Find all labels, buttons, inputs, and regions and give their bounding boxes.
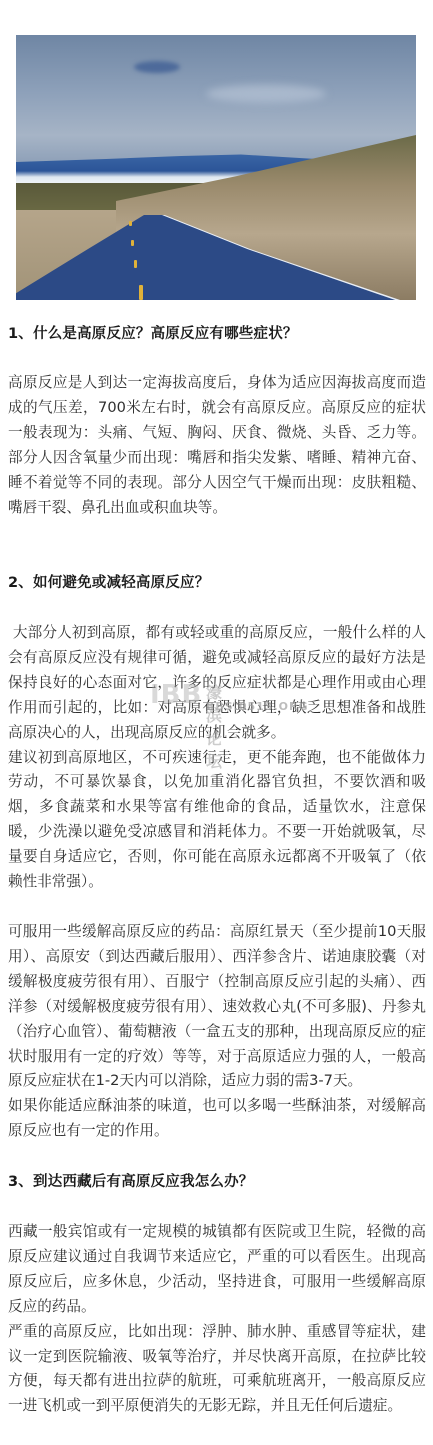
center-dash [131, 240, 134, 246]
cloud-shape [206, 85, 326, 103]
paragraph: 建议初到高原地区，不可疾速行走，更不能奔跑，也不能做体力劳动，不可暴饮暴食，以免… [8, 746, 426, 895]
section-2: 2、如何避免或减轻高原反应？ [8, 571, 426, 595]
section-2-body: 大部分人初到高原，都有或轻或重的高原反应，一般什么样的人会有高原反应没有规律可循… [8, 621, 426, 1144]
paragraph: 如果你能适应酥油茶的味道，也可以多喝一些酥油茶，对缓解高原反应也有一定的作用。 [8, 1094, 426, 1144]
section-heading: 1、什么是高原反应？高原反应有哪些症状？ [8, 322, 426, 346]
center-dash [129, 221, 132, 226]
section-3: 3、到达西藏后有高原反应我怎么办？ [8, 1170, 426, 1194]
hero-road-image [16, 35, 416, 300]
paragraph: 西藏一般宾馆或有一定规模的城镇都有医院或卫生院，轻微的高原反应建议通过自我调节来… [8, 1220, 426, 1320]
section-1: 1、什么是高原反应？高原反应有哪些症状？ [8, 322, 426, 346]
center-dash [139, 285, 143, 300]
section-3-body: 西藏一般宾馆或有一定规模的城镇都有医院或卫生院，轻微的高原反应建议通过自我调节来… [8, 1220, 426, 1419]
section-1-body: 高原反应是人到达一定海拔高度后，身体为适应因海拔高度而造成的气压差，700米左右… [8, 371, 426, 520]
section-heading: 2、如何避免或减轻高原反应？ [8, 571, 426, 595]
paragraph: 高原反应是人到达一定海拔高度后，身体为适应因海拔高度而造成的气压差，700米左右… [8, 371, 426, 520]
paragraph: 严重的高原反应，比如出现：浮肿、肺水肿、重感冒等症状，建议一定到医院输液、吸氧等… [8, 1320, 426, 1420]
paragraph: 可服用一些缓解高原反应的药品：高原红景天（至少提前10天服用）、高原安（到达西藏… [8, 920, 426, 1094]
section-heading: 3、到达西藏后有高原反应我怎么办？ [8, 1170, 426, 1194]
cloud-shape [134, 61, 180, 73]
paragraph: 大部分人初到高原，都有或轻或重的高原反应，一般什么样的人会有高原反应没有规律可循… [8, 621, 426, 746]
center-dash [134, 260, 137, 268]
